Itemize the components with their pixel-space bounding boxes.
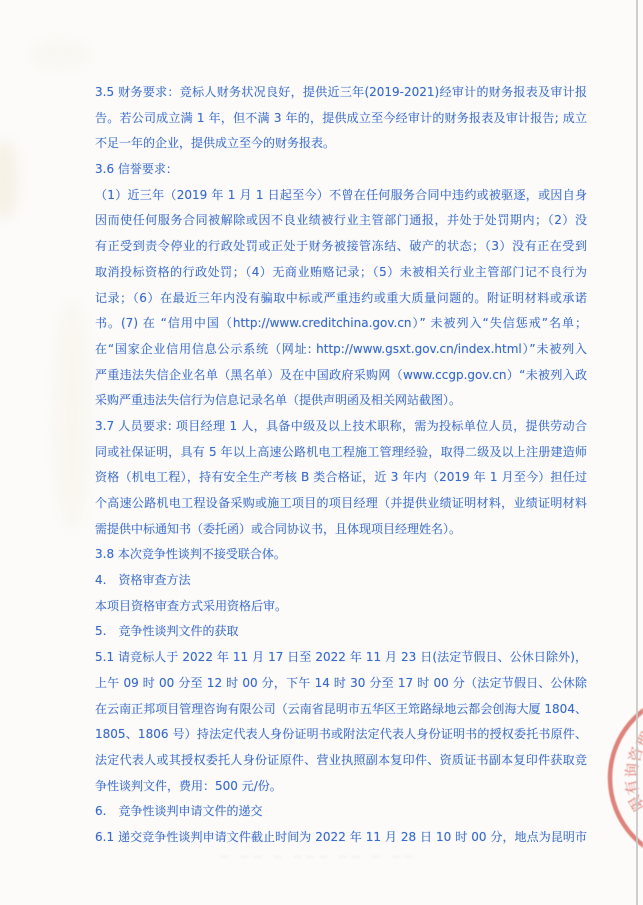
- document-text-block: 3.5 财务要求：竞标人财务状况良好，提供近三年(2019-2021)经审计的财…: [95, 80, 587, 851]
- document-line: 在“国家企业信用信息公示系统（网址: http://www.gsxt.gov.c…: [95, 337, 587, 363]
- document-line: 6. 竞争性谈判申请文件的递交: [95, 799, 587, 825]
- document-line: 资格（机电工程），持有安全生产考核 B 类合格证，近 3 年内（2019 年 1…: [95, 465, 587, 491]
- document-line: 3.5 财务要求：竞标人财务状况良好，提供近三年(2019-2021)经审计的财…: [95, 80, 587, 106]
- document-line: （1）近三年（2019 年 1 月 1 日起至今）不曾在任何服务合同中违约或被驱…: [95, 183, 587, 209]
- document-line: 1805、1806 号）持法定代表人身份证明书或附法定代表人身份证明书的授权委托…: [95, 722, 587, 748]
- document-line: 法定代表人或其授权委托人身份证原件、营业执照副本复印件、资质证书副本复印件获取竞: [95, 748, 587, 774]
- document-line: 不足一年的企业，提供成立至今的财务报表。: [95, 131, 587, 157]
- scan-smudge: [0, 140, 18, 220]
- seal-char: 限: [625, 792, 643, 814]
- document-line: 同或社保证明，具有 5 年以上高速公路机电工程施工管理经验，取得二级及以上注册建…: [95, 440, 587, 466]
- document-line: 3.6 信誉要求：: [95, 157, 587, 183]
- document-line: 5.1 请竞标人于 2022 年 11 月 17 日至 2022 年 11 月 …: [95, 645, 587, 671]
- scan-smudge: [30, 40, 90, 70]
- page-showthrough-marks: — —— — ——— —— — ——: [220, 852, 480, 862]
- document-line: 书。(7) 在 “信用中国（http://www.creditchina.gov…: [95, 311, 587, 337]
- seal-char: 有: [622, 777, 643, 796]
- document-line: 3.8 本次竞争性谈判不接受联合体。: [95, 542, 587, 568]
- document-line: 需提供中标通知书（委托函）或合同协议书，且体现项目经理姓名）。: [95, 517, 587, 543]
- document-line: 3.7 人员要求: 项目经理 1 人，具备中级及以上技术职称，需为投标单位人员，…: [95, 414, 587, 440]
- document-line: 6.1 递交竞争性谈判申请文件截止时间为 2022 年 11 月 28 日 10…: [95, 825, 587, 851]
- document-line: 5. 竞争性谈判文件的获取: [95, 619, 587, 645]
- document-line: 记录；（6）在最近三年内没有骗取中标或严重违约或重大质量问题的。附证明材料或承诺: [95, 286, 587, 312]
- document-line: 采购严重违法失信行为信息记录名单（提供声明函及相关网站截图）。: [95, 388, 587, 414]
- document-line: 4. 资格审查方法: [95, 568, 587, 594]
- seal-char: 咨: [625, 745, 643, 764]
- document-line: 个高速公路机电工程设备采购或施工项目的项目经理（并提供业绩证明材料，业绩证明材料: [95, 491, 587, 517]
- document-line: 在云南正邦项目管理咨询有限公司（云南省昆明市五华区王筇路绿地云都会创海大厦 18…: [95, 697, 587, 723]
- seal-outer-ring-icon: [610, 693, 643, 863]
- document-line: 因而使任何服务合同被解除或因不良业绩被行业主管部门通报，并处于处罚期内；（2）没: [95, 208, 587, 234]
- seal-char: 询: [623, 763, 641, 778]
- document-line: 有正受到责令停业的行政处罚或正处于财务被接管冻结、破产的状态；（3）没有正在受到: [95, 234, 587, 260]
- document-line: 严重违法失信企业名单（黑名单）及在中国政府采购网（www.ccgp.gov.cn…: [95, 363, 587, 389]
- page-edge-line: [636, 0, 638, 905]
- document-line: 本项目资格审查方式采用资格后审。: [95, 594, 587, 620]
- document-page: 3.5 财务要求：竞标人财务状况良好，提供近三年(2019-2021)经审计的财…: [0, 0, 643, 905]
- document-line: 告。若公司成立满 1 年，但不满 3 年的，提供成立至今经审计的财务报表及审计报…: [95, 106, 587, 132]
- document-line: 上午 09 时 00 分至 12 时 00 分，下午 14 时 30 分至 17…: [95, 671, 587, 697]
- document-line: 取消投标资格的行政处罚；（4）无商业贿赂记录；（5）未被相关行业主管部门记不良行…: [95, 260, 587, 286]
- document-line: 争性谈判文件，费用：500 元/份。: [95, 774, 587, 800]
- official-seal-stamp: 理 咨 询 有 限: [583, 685, 643, 875]
- scan-smudge: [52, 300, 92, 530]
